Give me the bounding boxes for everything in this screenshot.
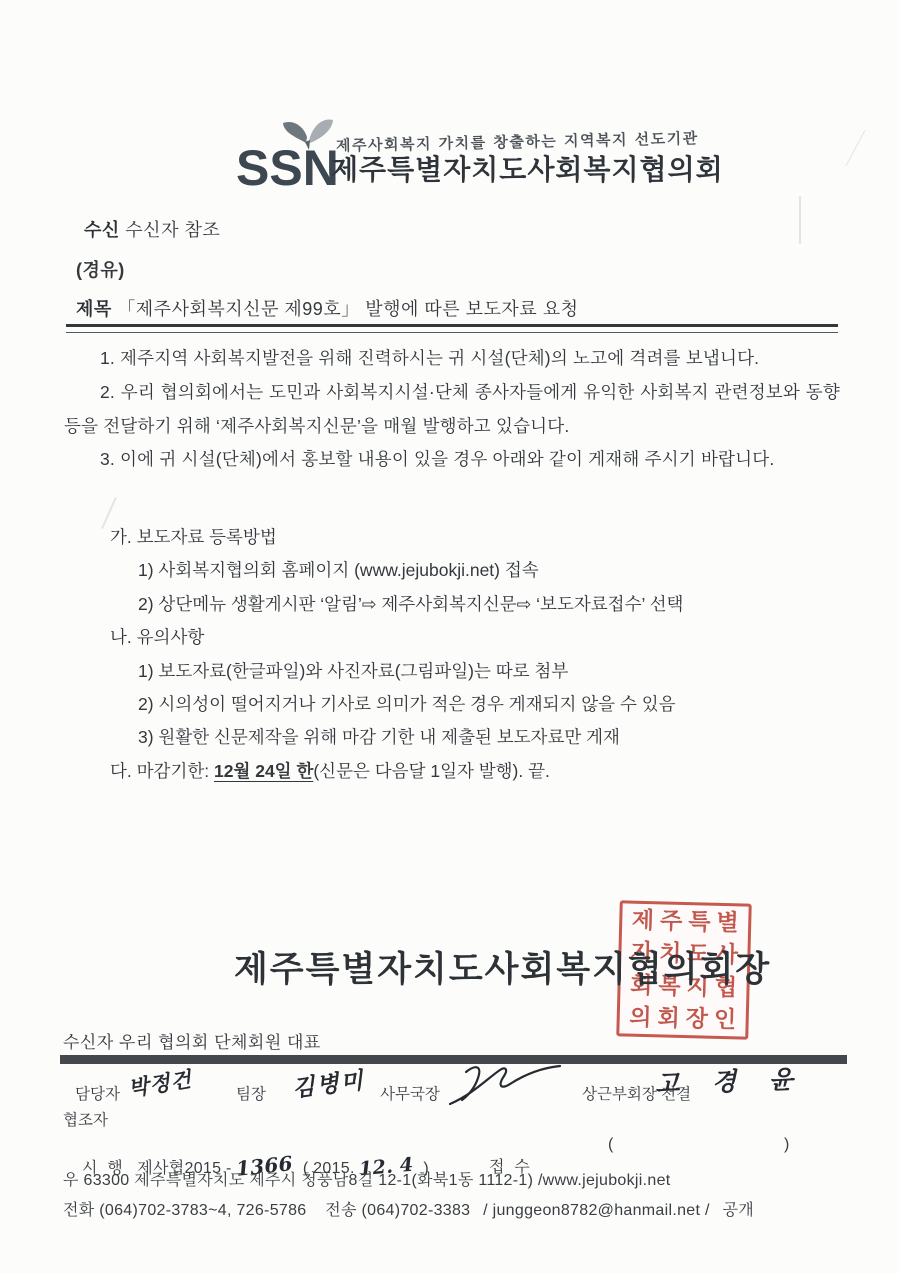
signature-scribble-samu <box>448 1060 568 1112</box>
recipient-line: 수신 수신자 참조 <box>84 216 220 242</box>
recipients-line: 수신자 우리 협의회 단체회원 대표 <box>63 1028 321 1053</box>
address-line: 우 63300 제주특별자치도 제주시 청풍남8길 12-1(화북1동 1112… <box>63 1167 671 1190</box>
approver-label-damdangja: 담당자 <box>75 1082 120 1104</box>
signer-title: 제주특별자치도사회복지협의회장 <box>234 942 771 992</box>
seal-row: 제주특별 <box>626 908 745 934</box>
subject-value: 「제주사회복지신문 제99호」 발행에 따른 보도자료 요청 <box>117 299 578 319</box>
email-value: / junggeon8782@hanmail.net / <box>483 1202 710 1219</box>
signature-timjang: 김병미 <box>290 1062 366 1104</box>
notice-section-c: 다. 마감기한: 12월 24일 한(신문은 다음달 1일자 발행). 끝. <box>110 755 850 788</box>
approver-label-samu: 사무국장 <box>380 1082 440 1104</box>
deadline-date: 12월 24일 한 <box>214 761 313 781</box>
notice-list: 가. 보도자료 등록방법 1) 사회복지협의회 홈페이지 (www.jejubo… <box>110 521 850 788</box>
via-line: (경유) <box>76 256 125 282</box>
body-paragraph-2: 2. 우리 협의회에서는 도민과 사회복지시설·단체 종사자들에게 유익한 사회… <box>64 376 840 443</box>
recipients-value: 우리 협의회 단체회원 대표 <box>119 1033 321 1052</box>
disclosure-value: 공개 <box>722 1202 754 1219</box>
tel-value: (064)702-3783~4, 726-5786 <box>99 1202 306 1219</box>
deadline-suffix: (신문은 다음달 1일자 발행). 끝. <box>313 761 550 781</box>
fax-value: (064)702-3383 <box>362 1202 471 1219</box>
recipients-label: 수신자 <box>63 1033 114 1052</box>
official-document-page: SSN 제주사회복지 가치를 창출하는 지역복지 선도기관 제주특별자치도사회복… <box>0 0 900 1273</box>
notice-item: 2) 시의성이 떨어지거나 기사로 의미가 적은 경우 게재되지 않을 수 있음 <box>110 688 850 721</box>
recipient-label: 수신 <box>84 220 120 240</box>
fax-label: 전송 <box>325 1202 357 1219</box>
header-divider <box>66 324 838 333</box>
body-paragraph-3: 3. 이에 귀 시설(단체)에서 홍보할 내용이 있을 경우 아래와 같이 게재… <box>64 443 840 477</box>
tel-label: 전화 <box>63 1202 95 1219</box>
signature-damdangja: 박정건 <box>126 1063 194 1103</box>
subject-label: 제목 <box>76 299 112 319</box>
approver-label-timjang: 팀장 <box>236 1082 266 1104</box>
signature-sangkeun: 고 경 윤 <box>654 1059 805 1100</box>
notice-section-b: 나. 유의사항 <box>110 621 850 654</box>
subject-line: 제목 「제주사회복지신문 제99호」 발행에 따른 보도자료 요청 <box>76 295 578 321</box>
cooperator-label: 협조자 <box>63 1108 108 1130</box>
logo-org-name: 제주특별자치도사회복지협의회 <box>331 156 724 184</box>
notice-item: 3) 원활한 신문제작을 위해 마감 기한 내 제출된 보도자료만 게재 <box>110 721 850 754</box>
notice-item: 1) 보도자료(한글파일)와 사진자료(그림파일)는 따로 첨부 <box>110 655 850 688</box>
scan-artifact <box>846 130 866 166</box>
logo-tagline: 제주사회복지 가치를 창출하는 지역복지 선도기관 <box>336 127 699 156</box>
body-paragraph-1: 1. 제주지역 사회복지발전을 위해 진력하시는 귀 시설(단체)의 노고에 격… <box>64 342 840 376</box>
contact-line: 전화 (064)702-3783~4, 726-5786 전송 (064)702… <box>63 1197 754 1220</box>
scan-artifact <box>799 196 801 244</box>
recipient-value: 수신자 참조 <box>125 220 220 240</box>
notice-section-a: 가. 보도자료 등록방법 <box>110 521 850 554</box>
receipt-paren-open: ( <box>608 1136 614 1154</box>
butterfly-logo-icon <box>282 117 334 151</box>
deadline-prefix: 다. 마감기한: <box>110 761 214 781</box>
notice-item: 1) 사회복지협의회 홈페이지 (www.jejubokji.net) 접속 <box>110 554 850 587</box>
receipt-paren-close: ) <box>784 1136 790 1154</box>
seal-row: 의회장인 <box>623 1006 742 1032</box>
notice-item: 2) 상단메뉴 생활게시판 ‘알림’⇨ 제주사회복지신문⇨ ‘보도자료접수’ 선… <box>110 588 850 621</box>
